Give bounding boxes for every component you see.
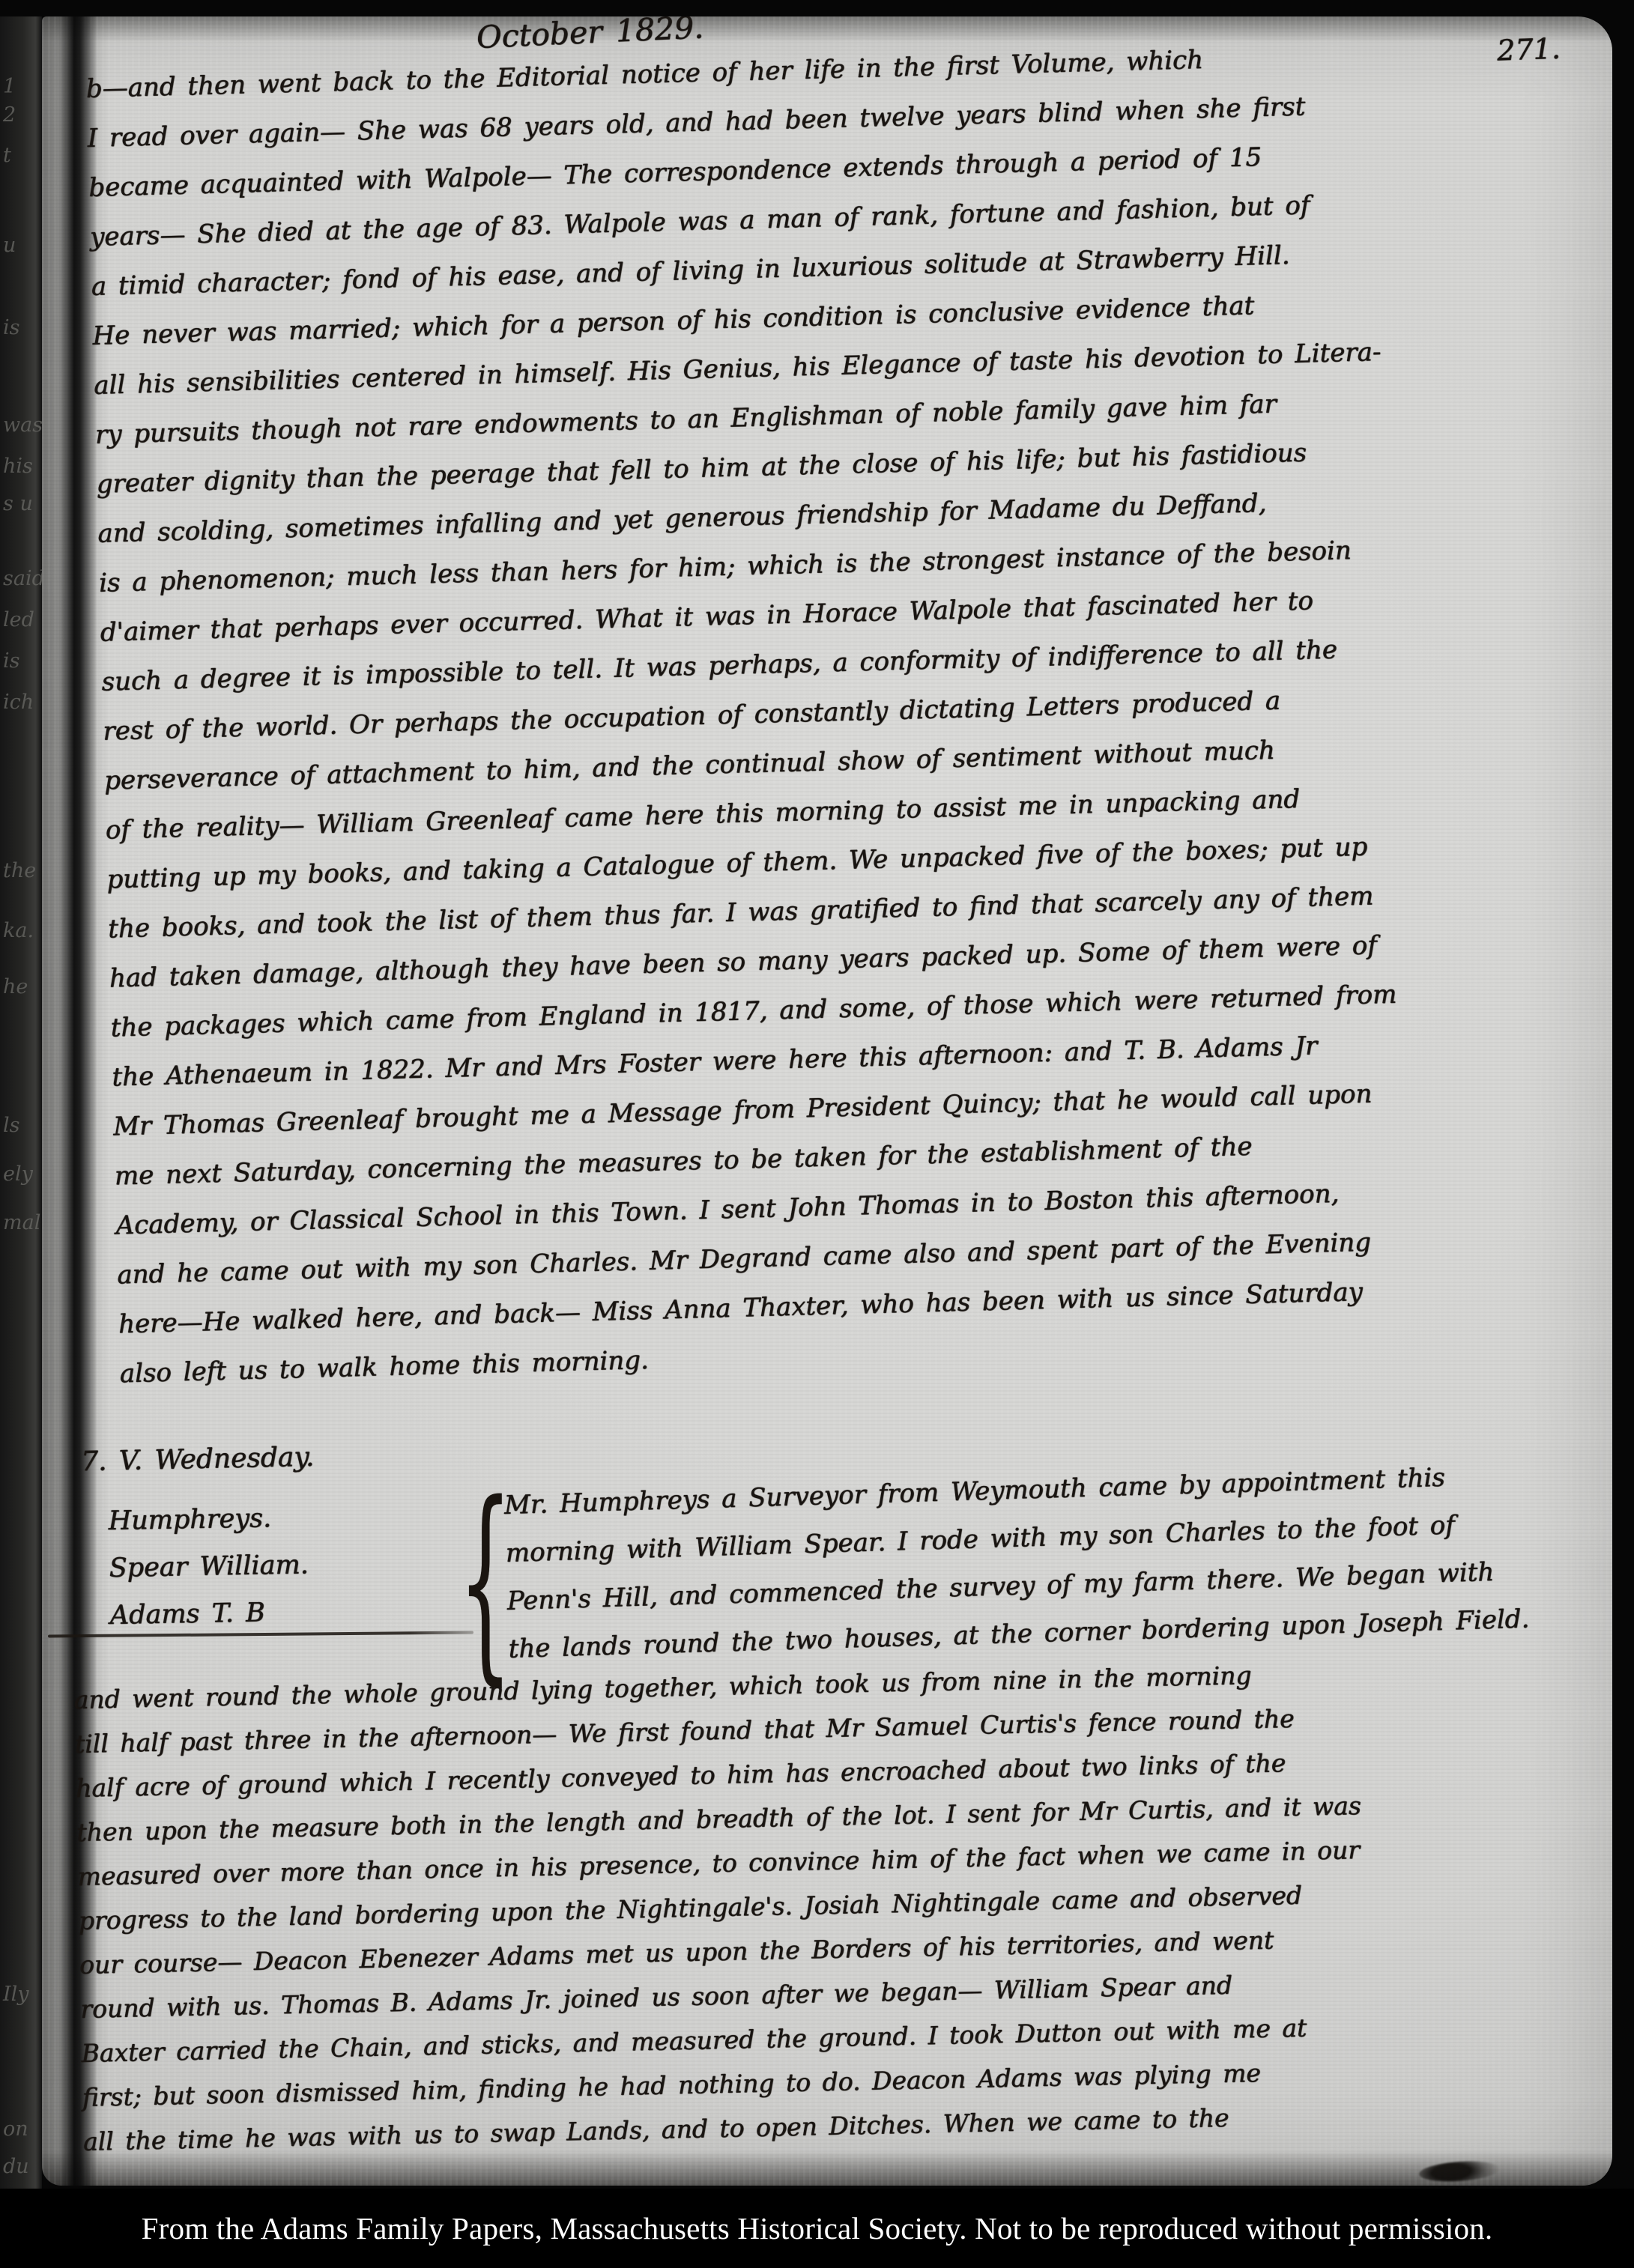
ink-smudge [1418, 2159, 1501, 2183]
diary-entry-october-7-text: and went round the whole ground lying to… [73, 1651, 1368, 2164]
page-edge-fragment: ls [3, 1114, 20, 1137]
credit-banner: From the Adams Family Papers, Massachuse… [0, 2189, 1634, 2268]
page-edge-fragment: u [3, 234, 16, 257]
page-edge-fragment: 2 [3, 103, 16, 127]
page-edge-fragment: led [3, 608, 34, 631]
margin-index-names: Humphreys.Spear William.Adams T. B [108, 1494, 309, 1640]
manuscript-line: Spear William. [109, 1541, 309, 1592]
page-edge-fragment: ely [3, 1162, 33, 1186]
page-edge-fragment: is [3, 649, 20, 673]
page-edge-fragment: 1 [3, 75, 16, 98]
page-edge-fragment: was [3, 413, 43, 437]
manuscript-line: Humphreys. [108, 1494, 308, 1545]
page-edge-fragment: is [3, 316, 20, 339]
page-edge-fragment: he [3, 975, 28, 998]
page-edge-fragment: said [3, 567, 45, 590]
page-number: 271. [1496, 32, 1561, 67]
entry-date-heading: 7. V. Wednesday. [81, 1442, 315, 1478]
diary-entry-october-7-intro: Mr. Humphreys a Surveyor from Weymouth c… [503, 1452, 1530, 1673]
page-edge-fragment: du [3, 2155, 29, 2178]
page-edge-fragment: mal [3, 1211, 40, 1234]
page-edge-fragment: ich [3, 691, 34, 714]
credit-text: From the Adams Family Papers, Massachuse… [142, 2210, 1493, 2246]
page-edge-fragment: his [3, 455, 33, 478]
page-edge-fragment: Ily [3, 1983, 29, 2006]
page-edge-fragment: ka. [3, 919, 34, 942]
page-edge-fragment: on [3, 2117, 28, 2141]
manuscript-page: October 1829. 271. b—and then went back … [42, 16, 1612, 2186]
facing-page-edge: 12tuiswashiss usaidledisichtheka.helsely… [0, 16, 42, 2189]
page-edge-fragment: the [3, 859, 36, 882]
page-edge-fragment: t [3, 144, 11, 167]
manuscript-scan: 12tuiswashiss usaidledisichtheka.helsely… [0, 0, 1634, 2268]
diary-entry-october-6-text: b—and then went back to the Editorial no… [85, 31, 1408, 1398]
page-edge-fragment: s u [3, 492, 33, 515]
